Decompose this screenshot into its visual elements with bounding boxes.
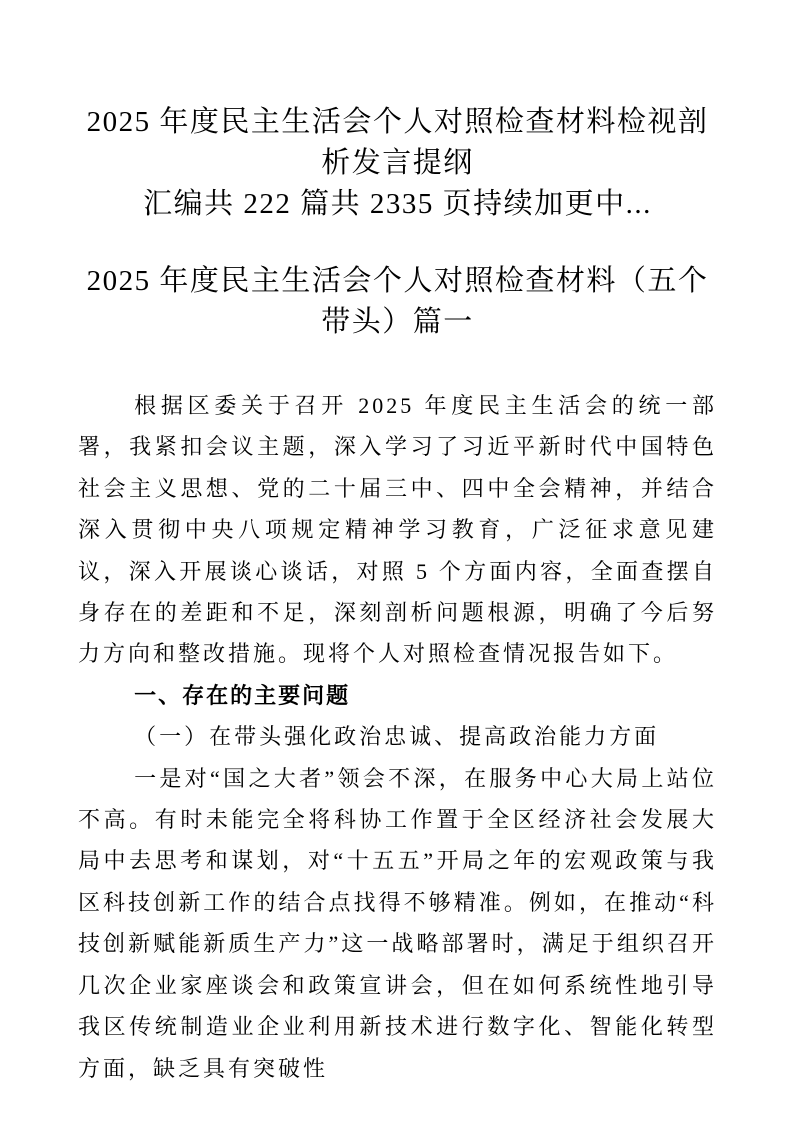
compilation-note: 汇编共 222 篇共 2335 页持续加更中...: [78, 184, 717, 225]
issue-one-paragraph: 一是对“国之大者”领会不深，在服务中心大局上站位不高。有时未能完全将科协工作置于…: [78, 758, 717, 1089]
heading-aspect-one: （一）在带头强化政治忠诚、提高政治能力方面: [78, 716, 717, 757]
article-title: 2025 年度民主生活会个人对照检查材料（五个带头）篇一: [78, 261, 717, 343]
document-page: 2025 年度民主生活会个人对照检查材料检视剖析发言提纲 汇编共 222 篇共 …: [0, 0, 793, 1122]
document-title: 2025 年度民主生活会个人对照检查材料检视剖析发言提纲: [78, 102, 717, 184]
intro-paragraph: 根据区委关于召开 2025 年度民主生活会的统一部署，我紧扣会议主题，深入学习了…: [78, 385, 717, 675]
heading-main-problems: 一、存在的主要问题: [78, 675, 717, 716]
